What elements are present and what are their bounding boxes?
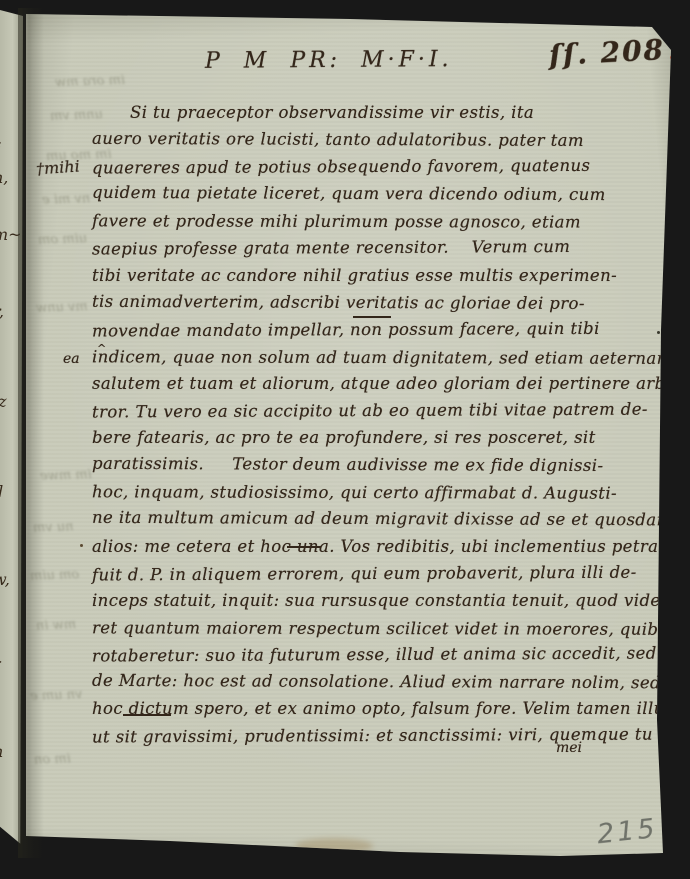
neighbor-ink-fragment: w, bbox=[0, 570, 10, 589]
neighbor-ink-fragment: s bbox=[0, 135, 1, 154]
manuscript-line: ne ita multum amicum ad deum migravit di… bbox=[92, 504, 652, 534]
manuscript-line: tror. Tu vero ea sic accipito ut ab eo q… bbox=[92, 396, 652, 426]
manuscript-line: Si tu praeceptor observandissime vir est… bbox=[92, 99, 652, 126]
manuscript-line: inceps statuit, inquit: sua rursusque co… bbox=[92, 587, 652, 614]
manuscript-line: fuit d. P. in aliquem errorem, qui eum p… bbox=[92, 558, 652, 588]
page-heading: P M PR: M·F·I. bbox=[205, 47, 453, 74]
paper-stain bbox=[295, 838, 373, 854]
manuscript-line: favere et prodesse mihi plurimum posse a… bbox=[92, 208, 652, 237]
gutter-shadow bbox=[18, 8, 44, 858]
margin-note-ea: ea bbox=[63, 351, 80, 367]
folio-number-ink: ſſ. 208 bbox=[548, 33, 666, 72]
neighbor-ink-fragment: n, bbox=[0, 168, 8, 187]
manuscript-line: paratissimis. Testor deum audivisse me e… bbox=[92, 450, 652, 480]
manuscript-line: tis animadverterim, adscribi veritatis a… bbox=[92, 287, 652, 317]
manuscript-line: bere fatearis, ac pro te ea profundere, … bbox=[92, 424, 652, 451]
ink-underline bbox=[353, 316, 391, 318]
manuscript-line: movendae mandato impellar, non possum fa… bbox=[92, 314, 652, 344]
manuscript-line: indicem, quae non solum ad tuam dignitat… bbox=[92, 343, 652, 372]
manuscript-line: auero veritatis ore lucisti, tanto adula… bbox=[92, 125, 652, 155]
foxing-speck bbox=[80, 544, 83, 547]
neighbor-ink-fragment: lz bbox=[0, 392, 7, 411]
manuscript-line: rotaberetur: suo ita futurum esse, illud… bbox=[92, 639, 652, 669]
manuscript-line: ret quantum maiorem respectum scilicet v… bbox=[92, 614, 652, 643]
manuscript-line: tibi veritate ac candore nihil gratius e… bbox=[92, 262, 652, 289]
catchword: mei bbox=[556, 740, 582, 756]
neighbor-ink-fragment: d bbox=[0, 482, 3, 501]
show-through-text: im mwe bbox=[40, 467, 92, 484]
foxing-speck bbox=[244, 462, 246, 464]
red-speck bbox=[670, 55, 675, 60]
neighbor-ink-fragment: r, bbox=[0, 302, 4, 321]
page-number-pencil: 215 bbox=[596, 813, 659, 850]
manuscript-line: quidem tua pietate liceret, quam vera di… bbox=[92, 179, 652, 209]
insertion-caret: ^ bbox=[97, 342, 106, 355]
show-through-text: uim om bbox=[38, 231, 88, 248]
neighbor-ink-fragment: n bbox=[0, 742, 3, 761]
manuscript-line: saepius professe grata mente recensitor.… bbox=[92, 233, 652, 263]
manuscript-text-block: Si tu praeceptor observandissime vir est… bbox=[92, 99, 652, 749]
manuscript-line: de Marte: hoc est ad consolatione. Aliud… bbox=[92, 667, 652, 697]
manuscript-photo: s n, m~ r, lz d w, f n im ora mw unm vm … bbox=[0, 0, 690, 879]
ink-underline bbox=[123, 714, 171, 716]
ink-speck bbox=[657, 331, 660, 334]
manuscript-page: im ora mw unm vm im mo um nv mi e uim om… bbox=[0, 0, 690, 879]
manuscript-line: quaereres apud te potius obsequendo favo… bbox=[92, 152, 652, 182]
ink-overline bbox=[287, 546, 321, 548]
manuscript-line: alios: me cetera et hoc una. Vos redibit… bbox=[92, 533, 652, 560]
manuscript-line: hoc dictum spero, et ex animo opto, fals… bbox=[92, 695, 652, 722]
manuscript-line: hoc, inquam, studiosissimo, qui certo af… bbox=[92, 479, 652, 508]
show-through-text: im ora mw bbox=[55, 73, 125, 90]
manuscript-line: salutem et tuam et aliorum, atque adeo g… bbox=[92, 370, 652, 397]
show-through-text: nv mi e bbox=[42, 191, 91, 208]
